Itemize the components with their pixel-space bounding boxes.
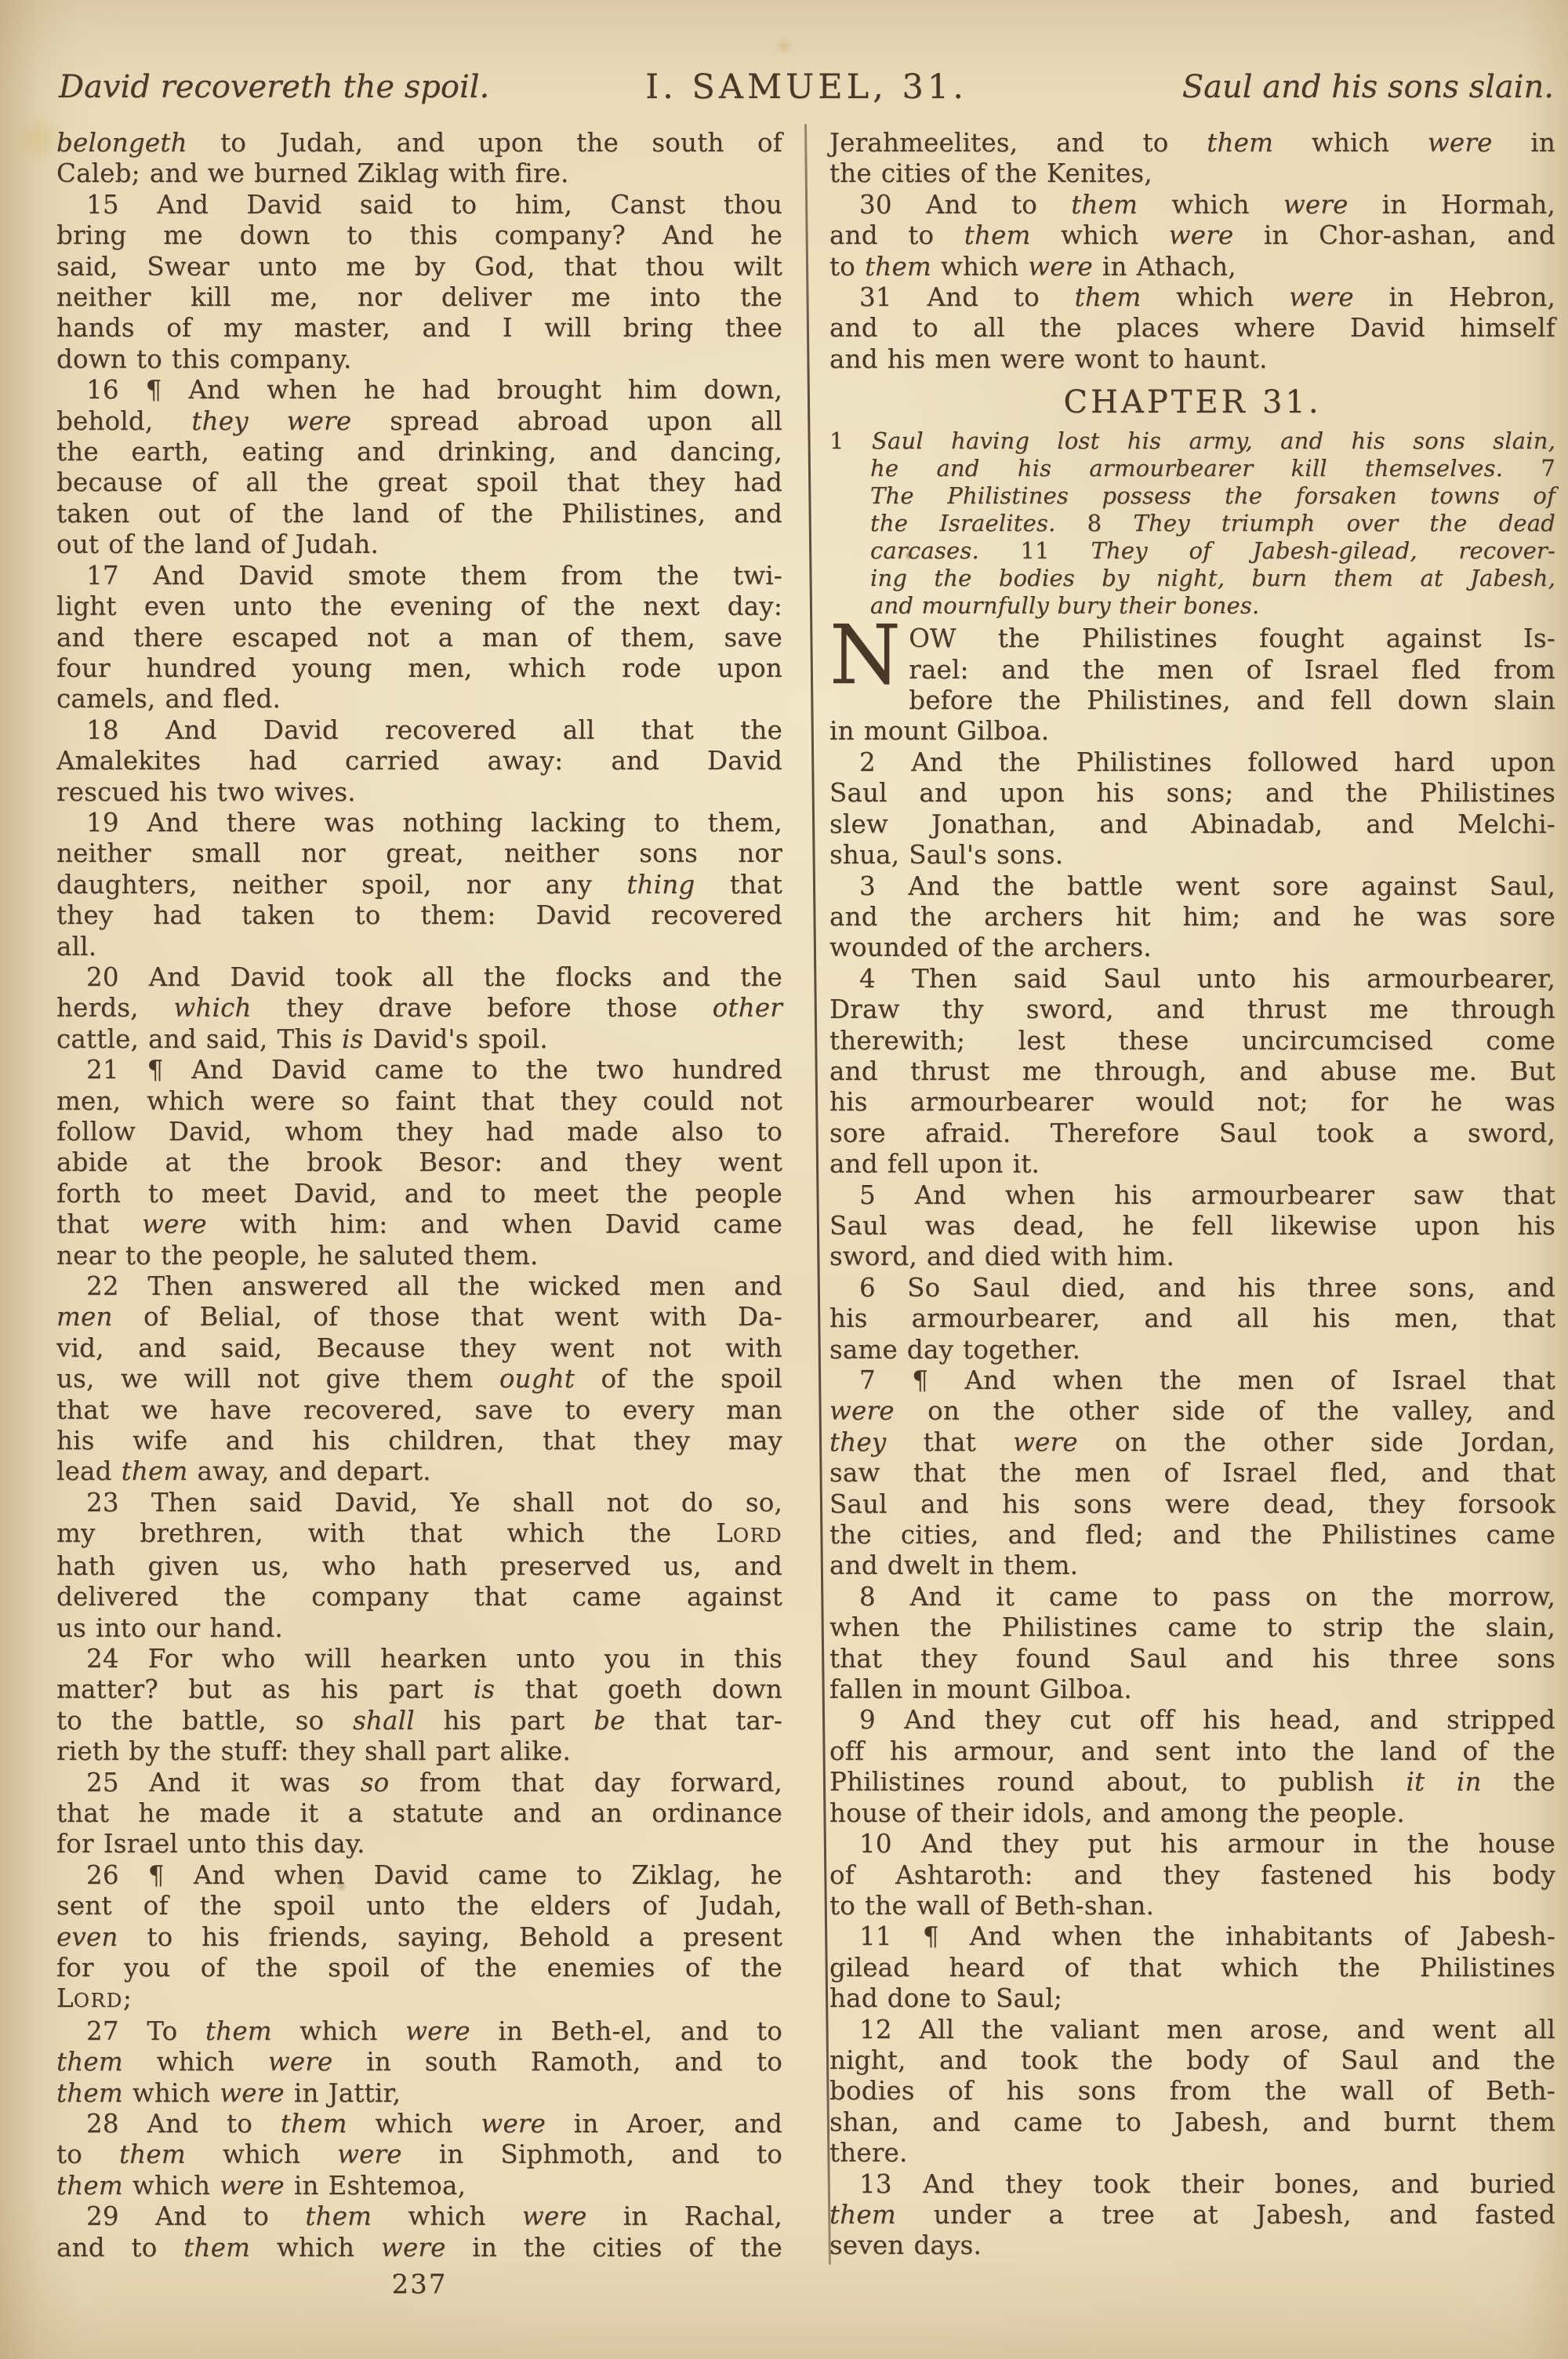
text-line: shua, Saul's sons. bbox=[829, 840, 1555, 871]
text-line: camels, and fled. bbox=[56, 684, 782, 714]
text-line: to the wall of Beth-shan. bbox=[829, 1891, 1555, 1921]
text-line: sword, and died with him. bbox=[829, 1241, 1555, 1272]
text-line: belongeth to Judah, and upon the south o… bbox=[56, 128, 782, 158]
text-line: Philistines round about, to publish it i… bbox=[829, 1767, 1555, 1797]
text-line: 30 And to them which were in Hormah, bbox=[829, 190, 1555, 220]
text-line: all. bbox=[56, 932, 782, 962]
dropcap-paragraph: N OW the Philistines fought against Is-r… bbox=[829, 623, 1555, 685]
text-line: 18 And David recovered all that the bbox=[56, 715, 782, 746]
text-line: them which were in south Ramoth, and to bbox=[56, 2047, 782, 2077]
text-line: 25 And it was so from that day forward, bbox=[56, 1768, 782, 1798]
text-line: 23 Then said David, Ye shall not do so, bbox=[56, 1488, 782, 1518]
text-line: 27 To them which were in Beth-el, and to bbox=[56, 2016, 782, 2047]
text-line: forth to meet David, and to meet the peo… bbox=[56, 1179, 782, 1209]
text-line: for Israel unto this day. bbox=[56, 1829, 782, 1859]
text-line: and his men were wont to haunt. bbox=[829, 344, 1555, 375]
text-line: the cities of the Kenites, bbox=[829, 158, 1555, 189]
text-line: for you of the spoil of the enemies of t… bbox=[56, 1953, 782, 1983]
text-line: carcases. 11 They of Jabesh-gilead, reco… bbox=[829, 537, 1555, 565]
left-column: belongeth to Judah, and upon the south o… bbox=[56, 128, 782, 2300]
text-line: The Philistines possess the forsaken tow… bbox=[829, 482, 1555, 510]
text-line: shan, and came to Jabesh, and burnt them bbox=[829, 2107, 1555, 2138]
text-line: 26 ¶ And when David came to Ziklag, he bbox=[56, 1860, 782, 1891]
text-line: and to them which were in the cities of … bbox=[56, 2233, 782, 2263]
text-line: and fell upon it. bbox=[829, 1149, 1555, 1179]
text-line: the Israelites. 8 They triumph over the … bbox=[829, 510, 1555, 537]
text-line: when the Philistines came to strip the s… bbox=[829, 1612, 1555, 1643]
text-line: seven days. bbox=[829, 2230, 1555, 2261]
text-line: the earth, eating and drinking, and danc… bbox=[56, 437, 782, 467]
text-line: 31 And to them which were in Hebron, bbox=[829, 282, 1555, 313]
text-line: Caleb; and we burned Ziklag with fire. bbox=[56, 158, 782, 189]
text-line: in mount Gilboa. bbox=[829, 716, 1555, 747]
text-line: and the archers hit him; and he was sore bbox=[829, 902, 1555, 932]
text-line: 7 ¶ And when the men of Israel that bbox=[829, 1365, 1555, 1396]
text-line: 16 ¶ And when he had brought him down, bbox=[56, 375, 782, 405]
text-line: them under a tree at Jabesh, and fasted bbox=[829, 2200, 1555, 2230]
text-line: 5 And when his armourbearer saw that bbox=[829, 1180, 1555, 1211]
chapter-heading: CHAPTER 31. bbox=[829, 386, 1555, 420]
text-line: that he made it a statute and an ordinan… bbox=[56, 1798, 782, 1829]
left-column-text: belongeth to Judah, and upon the south o… bbox=[56, 128, 782, 2263]
text-line: follow David, whom they had made also to bbox=[56, 1117, 782, 1147]
text-line: them which were in Eshtemoa, bbox=[56, 2171, 782, 2201]
text-line: that we have recovered, save to every ma… bbox=[56, 1395, 782, 1426]
text-line: rescued his two wives. bbox=[56, 777, 782, 808]
text-line: before the Philistines, and fell down sl… bbox=[829, 685, 1555, 716]
text-line: his armourbearer would not; for he was bbox=[829, 1087, 1555, 1118]
text-line: them which were in Jattir, bbox=[56, 2078, 782, 2109]
text-line: sore afraid. Therefore Saul took a sword… bbox=[829, 1118, 1555, 1149]
text-line: down to this company. bbox=[56, 344, 782, 375]
text-line: OW the Philistines fought against Is- bbox=[829, 623, 1555, 654]
text-line: that were with him: and when David came bbox=[56, 1209, 782, 1240]
text-line: to them which were in Siphmoth, and to bbox=[56, 2139, 782, 2170]
text-line: near to the people, he saluted them. bbox=[56, 1241, 782, 1271]
text-line: 10 And they put his armour in the house bbox=[829, 1829, 1555, 1859]
text-line: off his armour, and sent into the land o… bbox=[829, 1736, 1555, 1767]
text-line: rieth by the stuff: they shall part alik… bbox=[56, 1736, 782, 1767]
right-column: Jerahmeelites, and to them which were in… bbox=[829, 128, 1555, 2300]
text-line: four hundred young men, which rode upon bbox=[56, 653, 782, 684]
paper-stain bbox=[773, 38, 795, 55]
text-line: therewith; lest these uncircumcised come bbox=[829, 1026, 1555, 1056]
text-line: and there escaped not a man of them, sav… bbox=[56, 623, 782, 653]
text-line: Saul and upon his sons; and the Philisti… bbox=[829, 778, 1555, 809]
text-line: lead them away, and depart. bbox=[56, 1456, 782, 1487]
text-line: of Ashtaroth: and they fastened his body bbox=[829, 1860, 1555, 1891]
text-line: men, which were so faint that they could… bbox=[56, 1086, 782, 1117]
text-line: 1 Saul having lost his army, and his son… bbox=[829, 427, 1555, 455]
text-line: that they found Saul and his three sons bbox=[829, 1644, 1555, 1674]
text-line: they had taken to them: David recovered bbox=[56, 900, 782, 931]
text-line: had done to Saul; bbox=[829, 1983, 1555, 2014]
text-line: and dwelt in them. bbox=[829, 1550, 1555, 1581]
text-line: us, we will not give them ought of the s… bbox=[56, 1364, 782, 1394]
text-line: daughters, neither spoil, nor any thing … bbox=[56, 870, 782, 900]
text-line: his armourbearer, and all his men, that bbox=[829, 1303, 1555, 1334]
text-line: Amalekites had carried away: and David bbox=[56, 746, 782, 776]
text-line: bring me down to this company? And he bbox=[56, 220, 782, 251]
text-line: saw that the men of Israel fled, and tha… bbox=[829, 1458, 1555, 1488]
text-line: 11 ¶ And when the inhabitants of Jabesh- bbox=[829, 1921, 1555, 1952]
text-line: herds, which they drave before those oth… bbox=[56, 993, 782, 1023]
text-line: 4 Then said Saul unto his armourbearer, bbox=[829, 964, 1555, 994]
text-columns: belongeth to Judah, and upon the south o… bbox=[56, 128, 1556, 2300]
text-line: gilead heard of that which the Philistin… bbox=[829, 1953, 1555, 1983]
right-column-body-text: before the Philistines, and fell down sl… bbox=[829, 685, 1555, 2262]
text-line: 28 And to them which were in Aroer, and bbox=[56, 2109, 782, 2139]
text-line: slew Jonathan, and Abinadab, and Melchi- bbox=[829, 809, 1555, 840]
running-header: David recovereth the spoil. I. SAMUEL, 3… bbox=[59, 67, 1554, 108]
text-line: and to all the places where David himsel… bbox=[829, 313, 1555, 343]
text-line: out of the land of Judah. bbox=[56, 529, 782, 560]
text-line: neither small nor great, neither sons no… bbox=[56, 838, 782, 869]
text-line: 13 And they took their bones, and buried bbox=[829, 2169, 1555, 2200]
text-line: and to them which were in Chor-ashan, an… bbox=[829, 220, 1555, 251]
dropcap-letter: N bbox=[829, 624, 901, 686]
text-line: because of all the great spoil that they… bbox=[56, 467, 782, 498]
text-line: rael: and the men of Israel fled from bbox=[829, 655, 1555, 685]
header-right-title: Saul and his sons slain. bbox=[1182, 69, 1554, 105]
text-line: us into our hand. bbox=[56, 1613, 782, 1644]
text-line: his wife and his children, that they may bbox=[56, 1426, 782, 1456]
text-line: LORD; bbox=[56, 1983, 782, 2016]
text-line: 24 For who will hearken unto you in this bbox=[56, 1644, 782, 1674]
text-line: matter? but as his part is that goeth do… bbox=[56, 1674, 782, 1705]
text-line: 20 And David took all the flocks and the bbox=[56, 962, 782, 993]
text-line: behold, they were spread abroad upon all bbox=[56, 406, 782, 437]
text-line: and mournfully bury their bones. bbox=[829, 592, 1555, 620]
text-line: 15 And David said to him, Canst thou bbox=[56, 190, 782, 220]
text-line: night, and took the body of Saul and the bbox=[829, 2045, 1555, 2076]
text-line: 2 And the Philistines followed hard upon bbox=[829, 747, 1555, 778]
page-number: 237 bbox=[56, 2270, 782, 2300]
text-line: men of Belial, of those that went with D… bbox=[56, 1302, 782, 1332]
dropcap-lines: OW the Philistines fought against Is-rae… bbox=[829, 623, 1555, 685]
text-line: 21 ¶ And David came to the two hundred bbox=[56, 1055, 782, 1085]
text-line: my brethren, with that which the LORD bbox=[56, 1518, 782, 1550]
text-line: and thrust me through, and abuse me. But bbox=[829, 1056, 1555, 1087]
text-line: hath given us, who hath preserved us, an… bbox=[56, 1551, 782, 1582]
text-line: Saul and his sons were dead, they forsoo… bbox=[829, 1489, 1555, 1520]
text-line: to them which were in Athach, bbox=[829, 252, 1555, 282]
text-line: 8 And it came to pass on the morrow, bbox=[829, 1582, 1555, 1612]
text-line: Draw thy sword, and thrust me through bbox=[829, 994, 1555, 1025]
text-line: cattle, and said, This is David's spoil. bbox=[56, 1024, 782, 1055]
text-line: 19 And there was nothing lacking to them… bbox=[56, 808, 782, 838]
text-line: light even unto the evening of the next … bbox=[56, 591, 782, 622]
text-line: Saul was dead, he fell likewise upon his bbox=[829, 1211, 1555, 1241]
text-line: 9 And they cut off his head, and strippe… bbox=[829, 1705, 1555, 1736]
text-line: wounded of the archers. bbox=[829, 932, 1555, 963]
text-line: Jerahmeelites, and to them which were in bbox=[829, 128, 1555, 158]
text-line: bodies of his sons from the wall of Beth… bbox=[829, 2076, 1555, 2106]
text-line: he and his armourbearer kill themselves.… bbox=[829, 455, 1555, 482]
text-line: 22 Then answered all the wicked men and bbox=[56, 1271, 782, 1302]
text-line: even to his friends, saying, Behold a pr… bbox=[56, 1922, 782, 1953]
text-line: 6 So Saul died, and his three sons, and bbox=[829, 1273, 1555, 1303]
text-line: said, Swear unto me by God, that thou wi… bbox=[56, 252, 782, 282]
text-line: hands of my master, and I will bring the… bbox=[56, 313, 782, 343]
text-line: taken out of the land of the Philistines… bbox=[56, 499, 782, 529]
text-line: abide at the brook Besor: and they went bbox=[56, 1147, 782, 1178]
text-line: sent of the spoil unto the elders of Jud… bbox=[56, 1891, 782, 1921]
text-line: the cities, and fled; and the Philistine… bbox=[829, 1520, 1555, 1550]
text-line: ing the bodies by night, burn them at Ja… bbox=[829, 565, 1555, 592]
text-line: fallen in mount Gilboa. bbox=[829, 1674, 1555, 1705]
text-line: to the battle, so shall his part be that… bbox=[56, 1706, 782, 1736]
text-line: they that were on the other side Jordan, bbox=[829, 1427, 1555, 1458]
text-line: 29 And to them which were in Rachal, bbox=[56, 2201, 782, 2232]
chapter-summary: 1 Saul having lost his army, and his son… bbox=[829, 427, 1555, 620]
text-line: 3 And the battle went sore against Saul, bbox=[829, 871, 1555, 902]
text-line: same day together. bbox=[829, 1335, 1555, 1365]
text-line: 17 And David smote them from the twi- bbox=[56, 561, 782, 591]
scanned-bible-page: David recovereth the spoil. I. SAMUEL, 3… bbox=[0, 0, 1568, 2359]
text-line: 12 All the valiant men arose, and went a… bbox=[829, 2015, 1555, 2045]
right-column-intro-text: Jerahmeelites, and to them which were in… bbox=[829, 128, 1555, 375]
text-line: there. bbox=[829, 2138, 1555, 2168]
text-line: neither kill me, nor deliver me into the bbox=[56, 282, 782, 313]
text-line: house of their idols, and among the peop… bbox=[829, 1798, 1555, 1829]
text-line: vid, and said, Because they went not wit… bbox=[56, 1333, 782, 1364]
text-line: delivered the company that came against bbox=[56, 1582, 782, 1612]
text-line: were on the other side of the valley, an… bbox=[829, 1396, 1555, 1427]
